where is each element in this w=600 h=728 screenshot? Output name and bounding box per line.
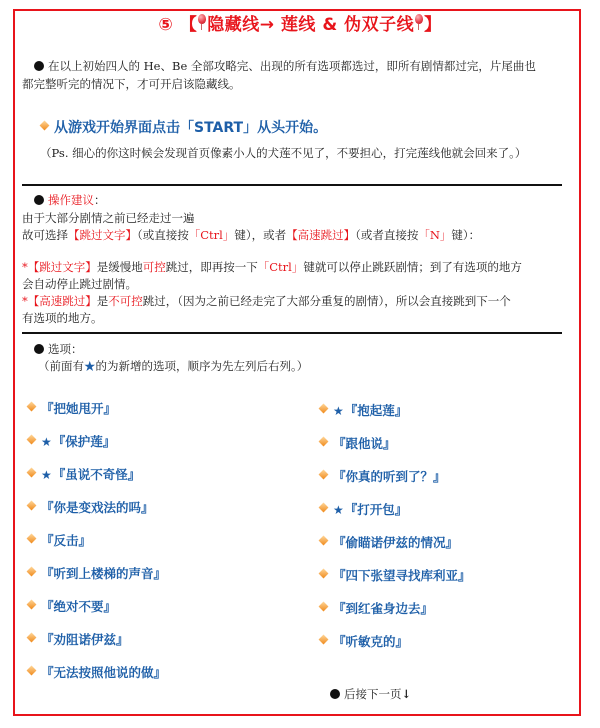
diamond-icon: [319, 437, 329, 447]
option-item: 『把她甩开』: [25, 399, 116, 417]
option-item: 『你是变戏法的吗』: [25, 498, 154, 516]
route-name: 莲线 & 伪双子线: [281, 15, 414, 35]
continued-note: 后接下一页↓: [330, 686, 411, 702]
option-item: 『劝阻诺伊兹』: [25, 630, 129, 648]
option-label: 『反击』: [41, 533, 91, 548]
diamond-icon: [319, 635, 329, 645]
diamond-icon: [27, 501, 37, 511]
balloon-icon: [198, 14, 206, 24]
diamond-icon: [27, 468, 37, 478]
options-heading: 选项：: [34, 341, 83, 358]
option-label: 『到红雀身边去』: [333, 601, 433, 616]
option-label: 『无法按照他说的做』: [41, 665, 166, 680]
title-prefix: 隐藏线: [207, 15, 260, 35]
diamond-icon: [27, 600, 37, 610]
option-label: 『偷瞄诺伊兹的情况』: [333, 535, 458, 550]
diamond-icon: [27, 534, 37, 544]
option-item: 『跟他说』: [317, 434, 396, 452]
bullet-icon: [34, 344, 44, 354]
diamond-icon: [27, 567, 37, 577]
diamond-icon: [27, 435, 37, 445]
ps-note: （Ps. 细心的你这时候会发现首页像素小人的犬莲不见了，不要担心，打完莲线他就会…: [40, 145, 526, 162]
diamond-icon: [319, 404, 329, 414]
note-fast-skip-cont: 有选项的地方。: [22, 310, 103, 327]
section-number: ⑤: [158, 15, 173, 35]
options-note: （前面有★的为新增的选项，顺序为先左列后右列。）: [38, 358, 308, 375]
page-title: ⑤ 【隐藏线→ 莲线 & 伪双子线】: [0, 10, 600, 35]
option-item: 『反击』: [25, 531, 91, 549]
diamond-icon: [319, 569, 329, 579]
option-label: 『劝阻诺伊兹』: [41, 632, 129, 647]
start-instruction: 从游戏开始界面点击「START」从头开始。: [38, 120, 327, 137]
diamond-icon: [27, 666, 37, 676]
option-item: 『偷瞄诺伊兹的情况』: [317, 533, 458, 551]
option-item: 『无法按照他说的做』: [25, 663, 166, 681]
option-item: 『听到上楼梯的声音』: [25, 564, 166, 582]
option-label: 『跟他说』: [333, 436, 396, 451]
arrow-down-icon: ↓: [402, 687, 412, 701]
option-label: 『你真的听到了？』: [333, 469, 446, 484]
option-label: 『抱起莲』: [345, 403, 408, 418]
option-label: 『听到上楼梯的声音』: [41, 566, 166, 581]
option-label: 『四下张望寻找库利亚』: [333, 568, 471, 583]
divider: [22, 332, 562, 334]
option-item: ★『打开包』: [317, 500, 407, 518]
diamond-icon: [319, 602, 329, 612]
diamond-icon: [27, 633, 37, 643]
advice-line2: 故可选择【跳过文字】（或直接按「Ctrl」键），或者【高速跳过】（或者直接按「N…: [22, 227, 480, 244]
option-item: ★『保护莲』: [25, 432, 115, 450]
option-label: 『打开包』: [345, 502, 408, 517]
option-item: ★『抱起莲』: [317, 401, 407, 419]
option-label: 『保护莲』: [53, 434, 116, 449]
option-item: 『到红雀身边去』: [317, 599, 433, 617]
star-icon: ★: [333, 503, 344, 517]
star-icon: ★: [41, 435, 52, 449]
option-label: 『绝对不要』: [41, 599, 116, 614]
note-skip-text: *【跳过文字】是缓慢地可控跳过，即再按一下「Ctrl」键就可以停止跳跃剧情；到了…: [22, 259, 522, 276]
diamond-icon: [40, 121, 50, 131]
star-icon: ★: [333, 404, 344, 418]
option-label: 『把她甩开』: [41, 401, 116, 416]
diamond-icon: [27, 402, 37, 412]
option-item: ★『虽说不奇怪』: [25, 465, 140, 483]
diamond-icon: [319, 536, 329, 546]
diamond-icon: [319, 503, 329, 513]
option-item: 『听敏克的』: [317, 632, 408, 650]
intro-paragraph-cont: 都完整听完的情况下，才可开启该隐藏线。: [22, 76, 241, 93]
divider: [22, 184, 562, 186]
note-skip-text-cont: 会自动停止跳过剧情。: [22, 276, 137, 293]
option-item: 『四下张望寻找库利亚』: [317, 566, 471, 584]
arrow-icon: →: [260, 15, 275, 35]
advice-line1: 由于大部分剧情之前已经走过一遍: [22, 210, 195, 227]
star-icon: ★: [84, 359, 96, 373]
option-label: 『虽说不奇怪』: [53, 467, 141, 482]
option-label: 『听敏克的』: [333, 634, 408, 649]
option-item: 『你真的听到了？』: [317, 467, 446, 485]
note-fast-skip: *【高速跳过】是不可控跳过，（因为之前已经走完了大部分重复的剧情），所以会直接跳…: [22, 293, 511, 310]
diamond-icon: [319, 470, 329, 480]
bullet-icon: [34, 195, 44, 205]
bullet-icon: [34, 61, 44, 71]
star-icon: ★: [41, 468, 52, 482]
bullet-icon: [330, 689, 340, 699]
balloon-icon: [415, 14, 423, 24]
option-item: 『绝对不要』: [25, 597, 116, 615]
intro-paragraph: 在以上初始四人的 He、Be 全部攻略完、出现的所有选项都选过，即所有剧情都过完…: [34, 58, 536, 75]
option-label: 『你是变戏法的吗』: [41, 500, 154, 515]
advice-heading: 操作建议：: [34, 192, 106, 209]
